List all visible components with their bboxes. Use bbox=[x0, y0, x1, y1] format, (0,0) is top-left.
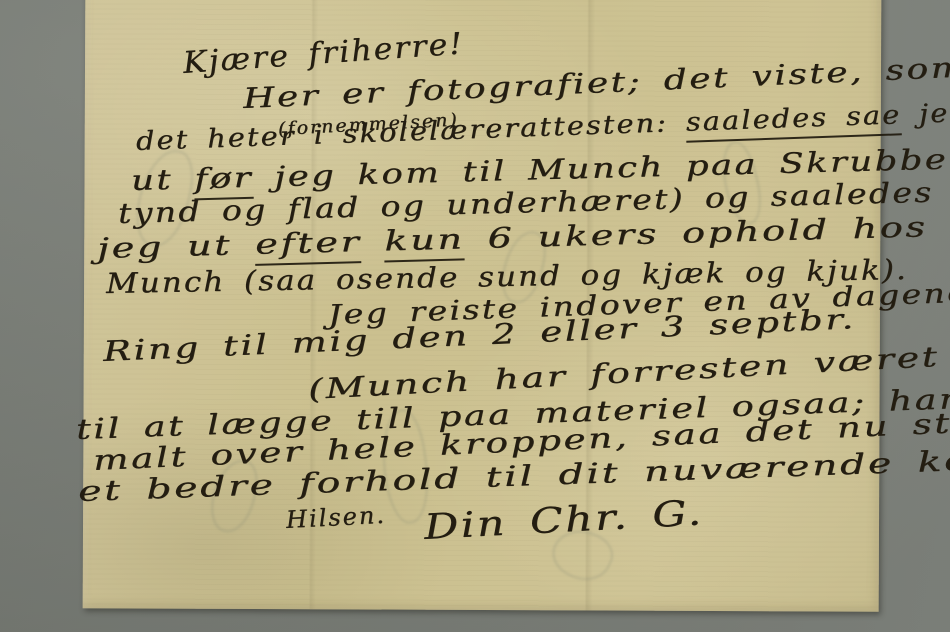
underlined-word: efter bbox=[255, 225, 362, 266]
letter-photograph: Kjære friherre! Her er fotografiet; det … bbox=[0, 0, 950, 632]
handwriting-segment: ut bbox=[131, 162, 195, 197]
handwriting-segment: jeg bbox=[901, 98, 950, 130]
handwriting-segment: Hilsen. bbox=[285, 501, 386, 534]
handwriting-segment: jeg ut bbox=[97, 228, 256, 265]
handwriting-line-closing: Hilsen. bbox=[285, 501, 386, 534]
handwriting-segment bbox=[361, 224, 385, 258]
underlined-word: kun bbox=[384, 222, 465, 262]
